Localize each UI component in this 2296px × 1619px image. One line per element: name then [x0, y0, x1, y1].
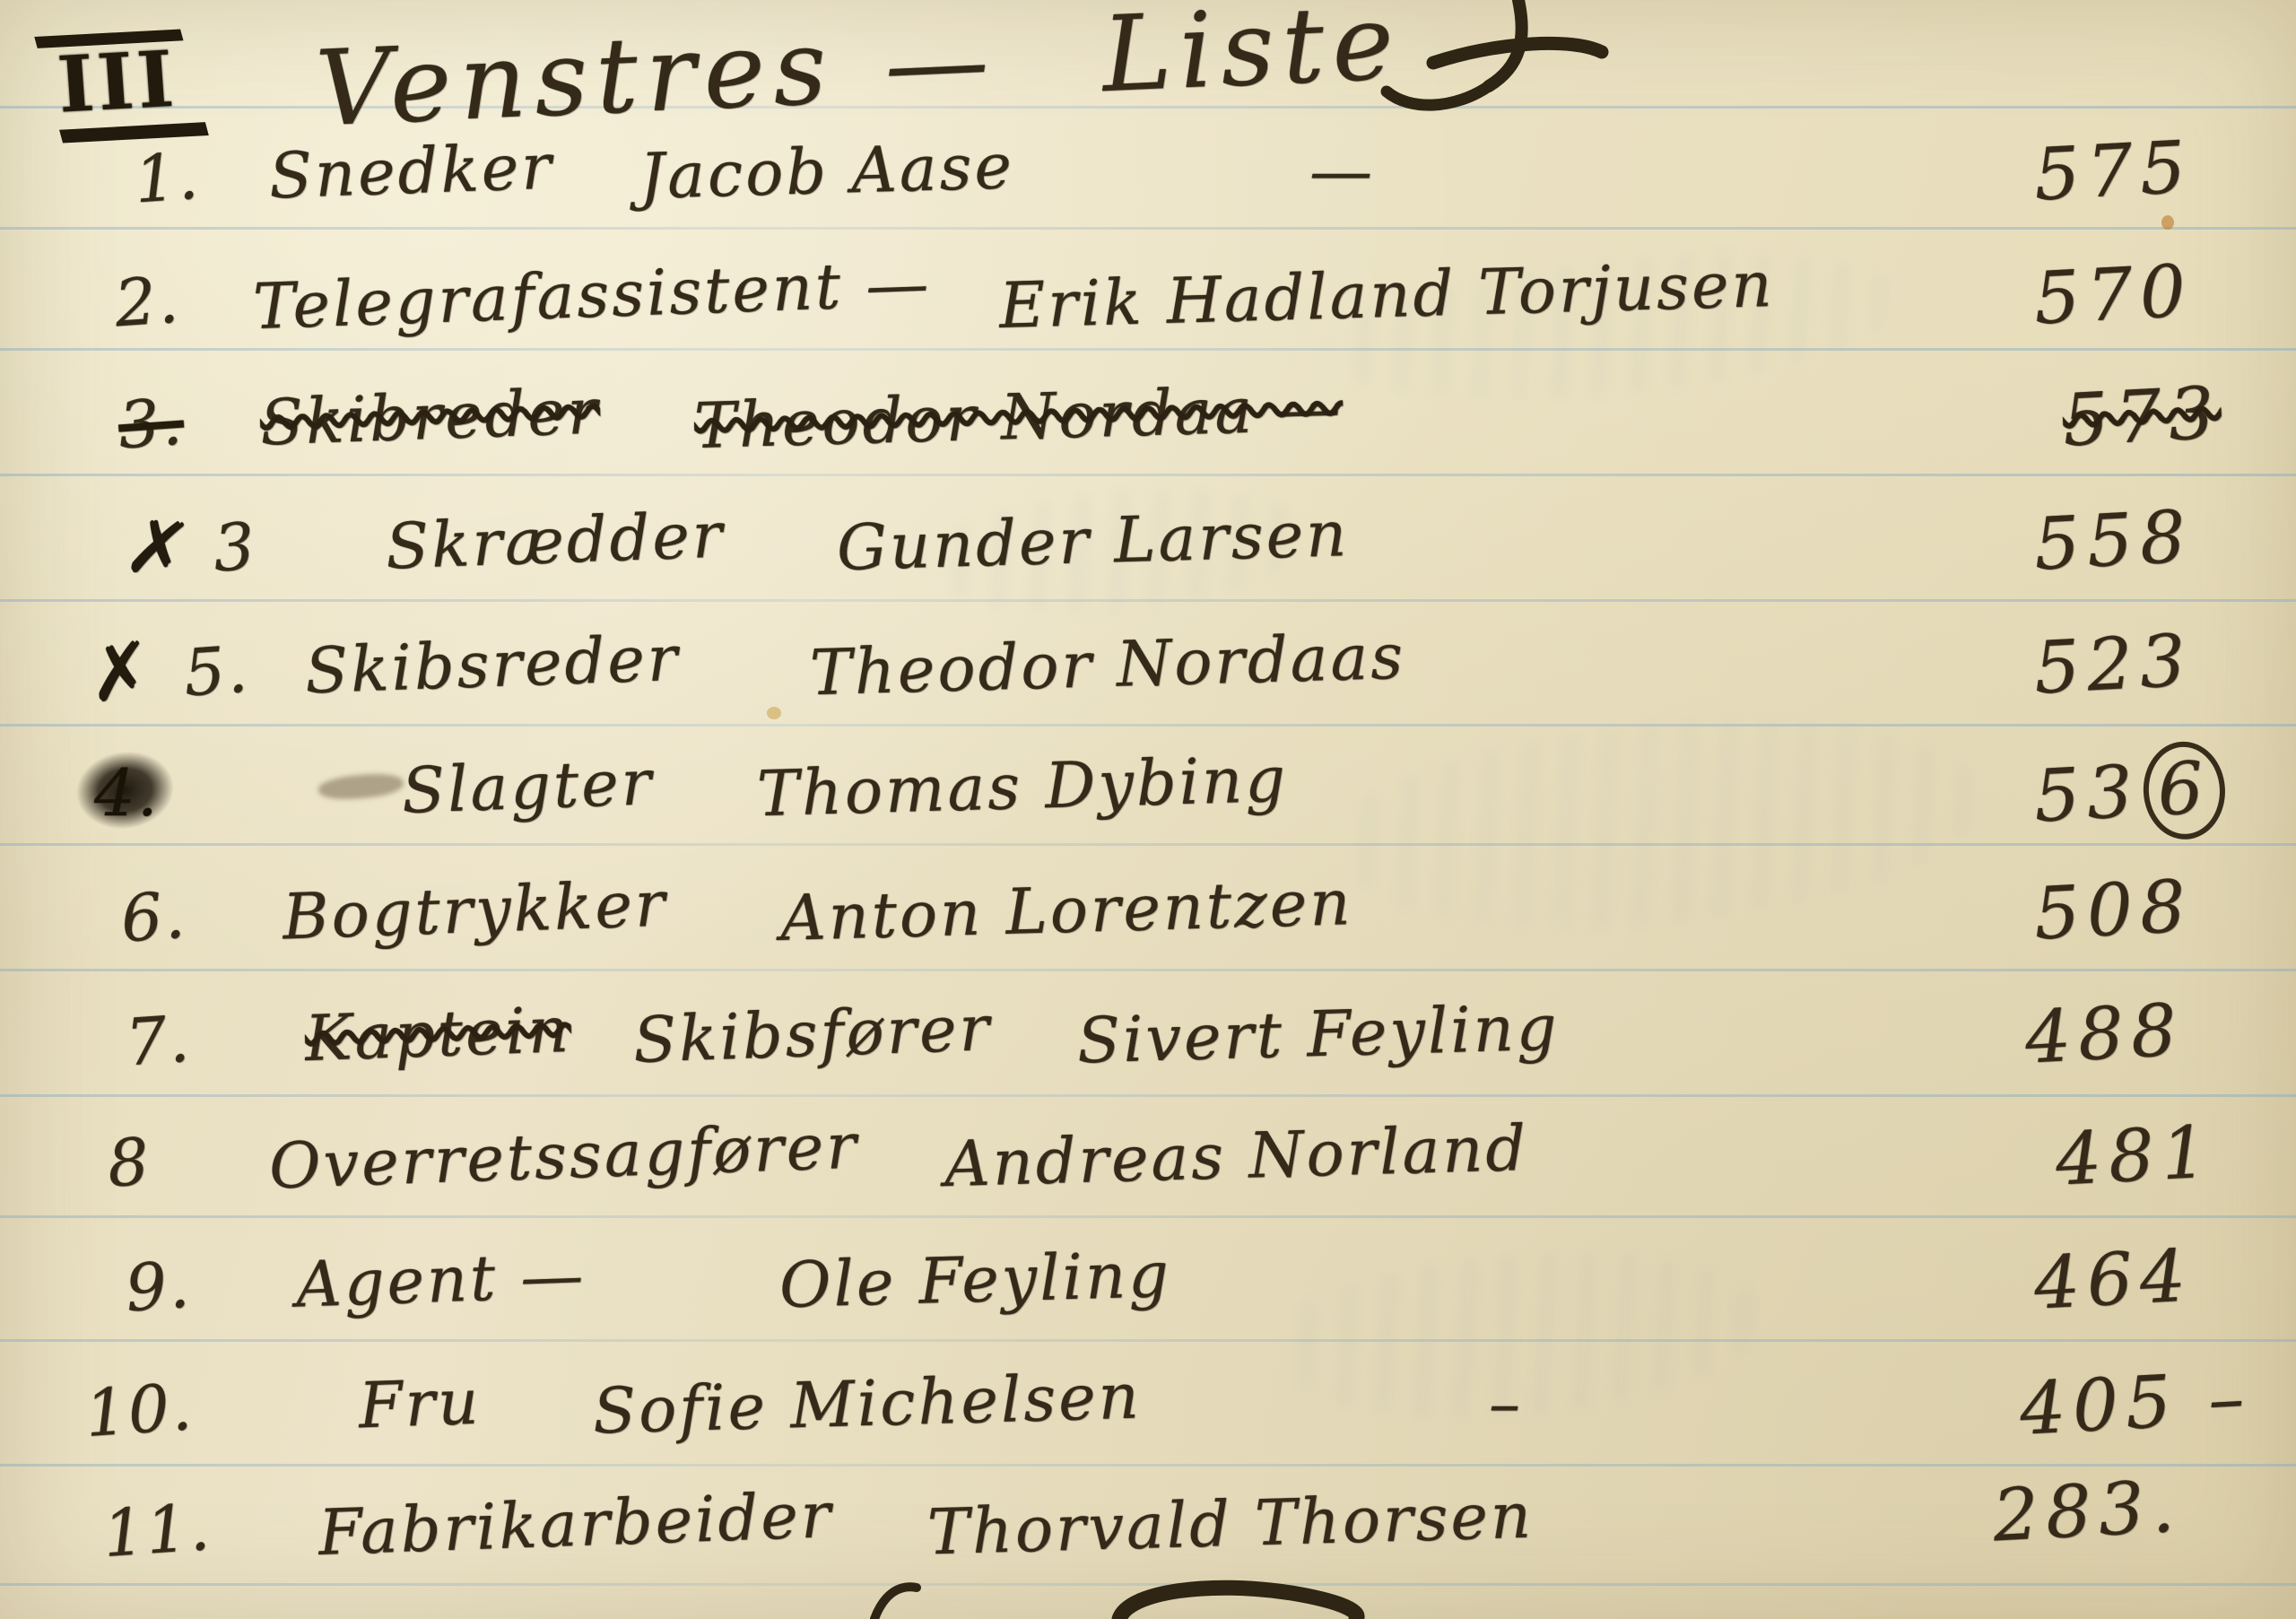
name-text: Thorvald Thorsen [926, 1479, 1535, 1570]
crossed-out-mark: ✗ [119, 500, 197, 598]
ink-smudge [317, 771, 404, 802]
entry-number: 1. [132, 138, 202, 218]
entry-text: Agent — Ole Feyling [296, 1243, 1170, 1317]
occupation-text: Snedker [268, 129, 555, 213]
separator-dash: – [1489, 1367, 1520, 1441]
crossed-out-mark: ✗ [83, 625, 157, 721]
page-title: Venstres—Liste [314, 0, 1405, 150]
entry-number: 9. [123, 1247, 193, 1327]
votes-count: 536 [2031, 740, 2227, 848]
entry-text: Overretssagfører Andreas Norland [269, 1119, 1528, 1193]
occupation-text: Skibsfører [632, 991, 994, 1077]
title-word-left: Venstres [314, 6, 838, 150]
entry-number: 3 [211, 508, 259, 586]
occupation-text: Skibsreder [304, 622, 682, 709]
entry-number-blotted: 4. [94, 755, 160, 831]
votes-count: 405 – [2018, 1355, 2254, 1450]
entry-number: 11. [100, 1489, 213, 1571]
votes-count: 508 [2032, 864, 2195, 955]
entry-number: 7. [123, 1001, 193, 1081]
votes-count: 283. [1991, 1465, 2184, 1558]
entry-text: Snedker Jacob Aase [269, 135, 1014, 208]
entry-text: Skibreder Theodor Nordaa — [260, 380, 1344, 454]
list-item: 10. Fru Sofie Michelsen – 405 – [0, 1367, 2296, 1501]
occupation-text: Fru [358, 1365, 483, 1443]
entry-number: 8 [105, 1123, 153, 1201]
name-text: Sofie Michelsen [592, 1359, 1143, 1448]
list-item: 1. Snedker Jacob Aase — 575 [0, 135, 2296, 269]
list-item: 2. Telegrafassistent — Erik Hadland Torj… [0, 258, 2296, 393]
separator-dash: — [1309, 135, 1372, 208]
votes-count: 481 [2054, 1110, 2216, 1201]
list-item: 8 Overretssagfører Andreas Norland 481 [0, 1119, 2296, 1254]
name-text: Thomas Dybing [756, 743, 1289, 831]
name-text: Theodor Nordaa — [693, 371, 1344, 463]
list-item: 6. Bogtrykker Anton Lorentzen 508 [0, 874, 2296, 1008]
votes-count: 488 [2023, 988, 2186, 1079]
entry-text: Bogtrykker Anton Lorentzen [283, 874, 1352, 947]
occupation-text: Telegrafassistent — [252, 247, 933, 344]
entry-text: Skrædder Gunder Larsen [386, 504, 1350, 578]
entry-text: Fabrikarbeider Thorvald Thorsen [318, 1487, 1534, 1561]
list-item: ✗ 3 Skrædder Gunder Larsen 558 [0, 504, 2296, 639]
name-text: Jacob Aase [639, 129, 1015, 213]
votes-count: 464 [2032, 1233, 2195, 1325]
occupation-text: Skibreder [259, 374, 602, 459]
name-text: Ole Feyling [778, 1238, 1171, 1322]
occupation-text: Skrædder [385, 498, 726, 583]
occupation-text: Agent — [295, 1238, 587, 1321]
list-item-struck: 3. Skibreder Theodor Nordaa — 573 [0, 380, 2296, 515]
entry-number: 6. [118, 877, 188, 957]
circled-digit: 6 [2141, 740, 2227, 842]
manuscript-page: III Venstres—Liste 1. Snedker Jacob Aase… [0, 0, 2296, 1619]
entry-number: 2. [112, 262, 182, 342]
roman-numeral: III [34, 29, 208, 143]
entry-number: 10. [83, 1369, 196, 1451]
partial-ink-stroke [1300, 0, 1767, 152]
entry-number: 3. [116, 384, 186, 464]
list-item: 4. Slagter Thomas Dybing 536 [0, 750, 2296, 884]
occupation-struck: Kaptein [304, 993, 573, 1075]
name-text: Erik Hadland Torjusen [998, 248, 1776, 343]
entry-text: Kaptein Skibsfører Sivert Feyling [305, 997, 1560, 1071]
entry-text: Skibsreder Theodor Nordaas [305, 628, 1405, 701]
entry-number: 5. [181, 631, 251, 711]
occupation-text: Bogtrykker [282, 867, 669, 954]
list-item: 7. Kaptein Skibsfører Sivert Feyling 488 [0, 997, 2296, 1132]
partial-ink-stroke [789, 1577, 1596, 1619]
occupation-text: Fabrikarbeider [317, 1478, 835, 1570]
votes-count-struck: 573 [2061, 370, 2223, 462]
title-dash: — [882, 0, 999, 126]
votes-count: 575 [2032, 125, 2195, 216]
entry-text: Slagter Thomas Dybing [402, 750, 1288, 823]
name-text: Andreas Norland [944, 1111, 1529, 1201]
list-item: ✗ 5. Skibsreder Theodor Nordaas 523 [0, 628, 2296, 762]
entry-text: Fru Sofie Michelsen [359, 1367, 1142, 1441]
name-text: Theodor Nordaas [809, 620, 1406, 710]
name-text: Sivert Feyling [1076, 991, 1561, 1078]
name-text: Gunder Larsen [836, 497, 1350, 585]
votes-digits: 53 [2032, 749, 2143, 838]
name-text: Anton Lorentzen [779, 866, 1353, 955]
list-item: 9. Agent — Ole Feyling 464 [0, 1243, 2296, 1378]
occupation-text: Overretssagfører [268, 1110, 860, 1204]
votes-count: 523 [2032, 618, 2195, 709]
votes-count: 558 [2032, 494, 2195, 586]
votes-count: 570 [2032, 248, 2195, 340]
occupation-text: Slagter [401, 745, 656, 828]
entry-text: Telegrafassistent — Erik Hadland Torjuse… [253, 258, 1774, 332]
